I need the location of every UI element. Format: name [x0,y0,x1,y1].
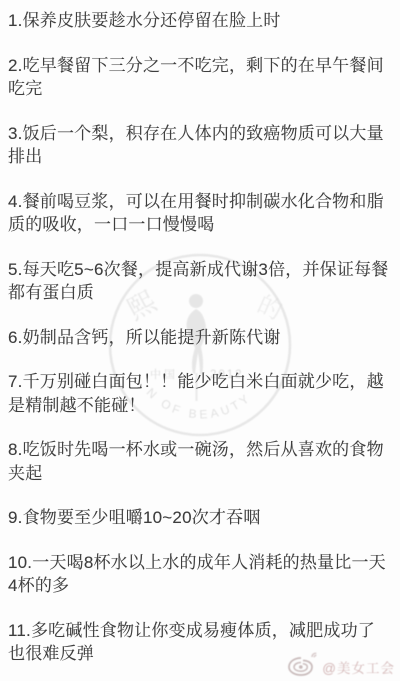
tip-item: 8.吃饭时先喝一杯水或一碗汤，然后从喜欢的食物夹起 [8,438,392,485]
tip-item: 6.奶制品含钙，所以能提升新陈代谢 [8,326,392,350]
tip-item: 9.食物要至少咀嚼10~20次才吞咽 [8,506,392,530]
tip-item: 5.每天吃5~6次餐，提高新成代谢3倍，并保证每餐都有蛋白质 [8,258,392,305]
tip-item: 1.保养皮肤要趁水分还停留在脸上时 [8,9,392,33]
tip-item: 7.千万别碰白面包！！能少吃白米白面就少吃，越是精制越不能碰！ [8,370,392,417]
tip-item: 10.一天喝8杯水以上水的成年人消耗的热量比一天4杯的多 [8,551,392,598]
tips-list: 1.保养皮肤要趁水分还停留在脸上时 2.吃早餐留下三分之一不吃完，剩下的在早午餐… [0,0,400,666]
tip-item: 2.吃早餐留下三分之一不吃完，剩下的在早午餐间吃完 [8,54,392,101]
credit-handle: @美女工会 [322,660,395,678]
tip-item: 4.餐前喝豆浆，可以在用餐时抑制碳水化合物和脂质的吸收，一口一口慢慢喝 [8,190,392,237]
tip-item: 3.饭后一个梨，积存在人体内的致癌物质可以大量排出 [8,122,392,169]
credit-watermark: @美女工会 [287,650,395,678]
weibo-logo-icon [287,650,321,678]
